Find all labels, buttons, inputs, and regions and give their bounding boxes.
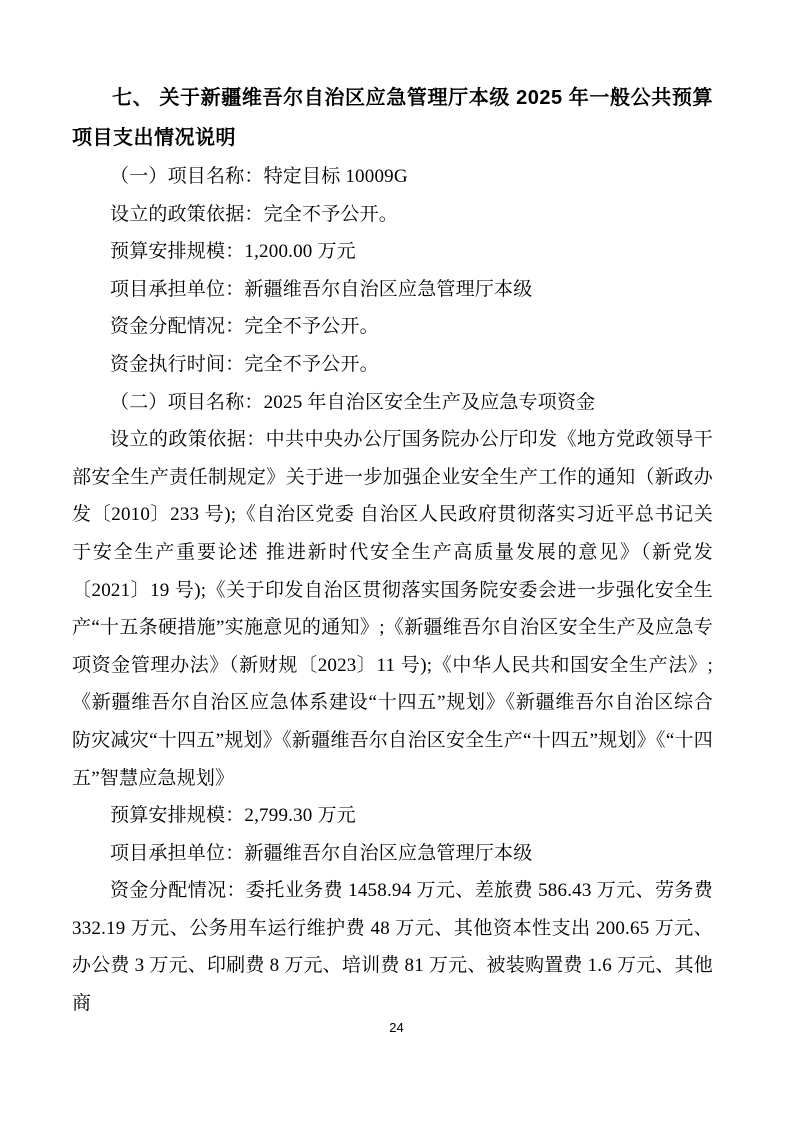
para-project1-fund-execution-time: 资金执行时间：完全不予公开。 <box>72 346 713 384</box>
para-project1-name: （一）项目名称：特定目标 10009G <box>72 158 713 196</box>
document-body: 七、 关于新疆维吾尔自治区应急管理厅本级 2025 年一般公共预算项目支出情况说… <box>72 78 713 1023</box>
para-project1-policy-basis: 设立的政策依据：完全不予公开。 <box>72 196 713 234</box>
para-project1-undertaking-unit: 项目承担单位：新疆维吾尔自治区应急管理厅本级 <box>72 271 713 309</box>
para-project1-budget-scale: 预算安排规模：1,200.00 万元 <box>72 233 713 271</box>
document-page: 七、 关于新疆维吾尔自治区应急管理厅本级 2025 年一般公共预算项目支出情况说… <box>0 0 793 1122</box>
para-project2-name: （二）项目名称：2025 年自治区安全生产及应急专项资金 <box>72 384 713 422</box>
para-project2-fund-allocation: 资金分配情况：委托业务费 1458.94 万元、差旅费 586.43 万元、劳务… <box>72 872 713 1022</box>
para-project2-policy-basis: 设立的政策依据：中共中央办公厅国务院办公厅印发《地方党政领导干部安全生产责任制规… <box>72 421 713 797</box>
para-project1-fund-allocation: 资金分配情况：完全不予公开。 <box>72 308 713 346</box>
section-7-heading: 七、 关于新疆维吾尔自治区应急管理厅本级 2025 年一般公共预算项目支出情况说… <box>72 78 713 158</box>
page-number: 24 <box>0 1020 793 1035</box>
para-project2-undertaking-unit: 项目承担单位：新疆维吾尔自治区应急管理厅本级 <box>72 835 713 873</box>
para-project2-budget-scale: 预算安排规模：2,799.30 万元 <box>72 797 713 835</box>
